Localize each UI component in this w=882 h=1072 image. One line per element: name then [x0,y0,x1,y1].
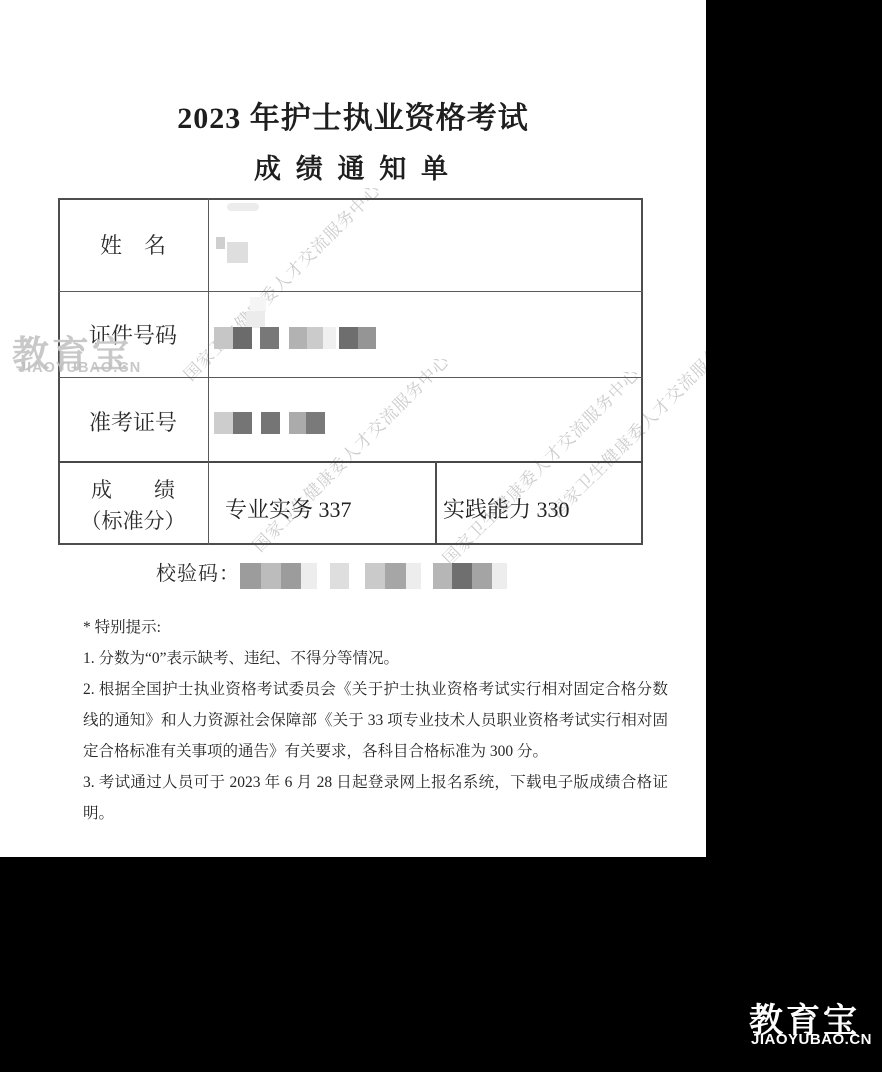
redaction-block [233,327,252,349]
redaction-block [330,563,349,589]
redaction-block [472,563,492,589]
redaction-block [233,412,252,434]
redaction-block [214,327,233,349]
redaction-block [289,327,307,349]
redaction-block [385,563,406,589]
redaction-block [433,563,452,589]
redaction-block [365,563,385,589]
redaction-block [492,563,507,589]
redaction-block [261,563,281,589]
redaction-block [452,563,472,589]
brand-watermark-url: JIAOYUBAO.CN [18,360,141,376]
redaction-block [250,297,266,312]
redaction-block [281,563,301,589]
redaction-block [227,203,259,211]
note-item-2: 2. 根据全国护士执业资格考试委员会《关于护士执业资格考试实行相对固定合格分数线… [83,674,668,767]
redaction-block [261,412,280,434]
redaction-block [406,563,421,589]
redaction-block [227,242,248,263]
note-item-3: 3. 考试通过人员可于 2023 年 6 月 28 日起登录网上报名系统，下载电… [83,767,668,829]
redaction-block [240,563,261,589]
redaction-block [246,311,265,328]
redaction-block [323,327,336,349]
redaction-block [216,237,225,249]
special-notes: * 特别提示: 1. 分数为“0”表示缺考、违纪、不得分等情况。 2. 根据全国… [83,612,668,829]
notes-header: * 特别提示: [83,612,668,643]
brand-logo-url: JIAOYUBAO.CN [751,1031,872,1048]
redaction-block [301,563,317,589]
redaction-block [260,327,279,349]
redaction-block [289,412,306,434]
redaction-block [306,412,325,434]
redaction-block [307,327,323,349]
redaction-block [214,412,233,434]
redaction-block [358,327,376,349]
note-item-1: 1. 分数为“0”表示缺考、违纪、不得分等情况。 [83,643,668,674]
redaction-block [339,327,358,349]
